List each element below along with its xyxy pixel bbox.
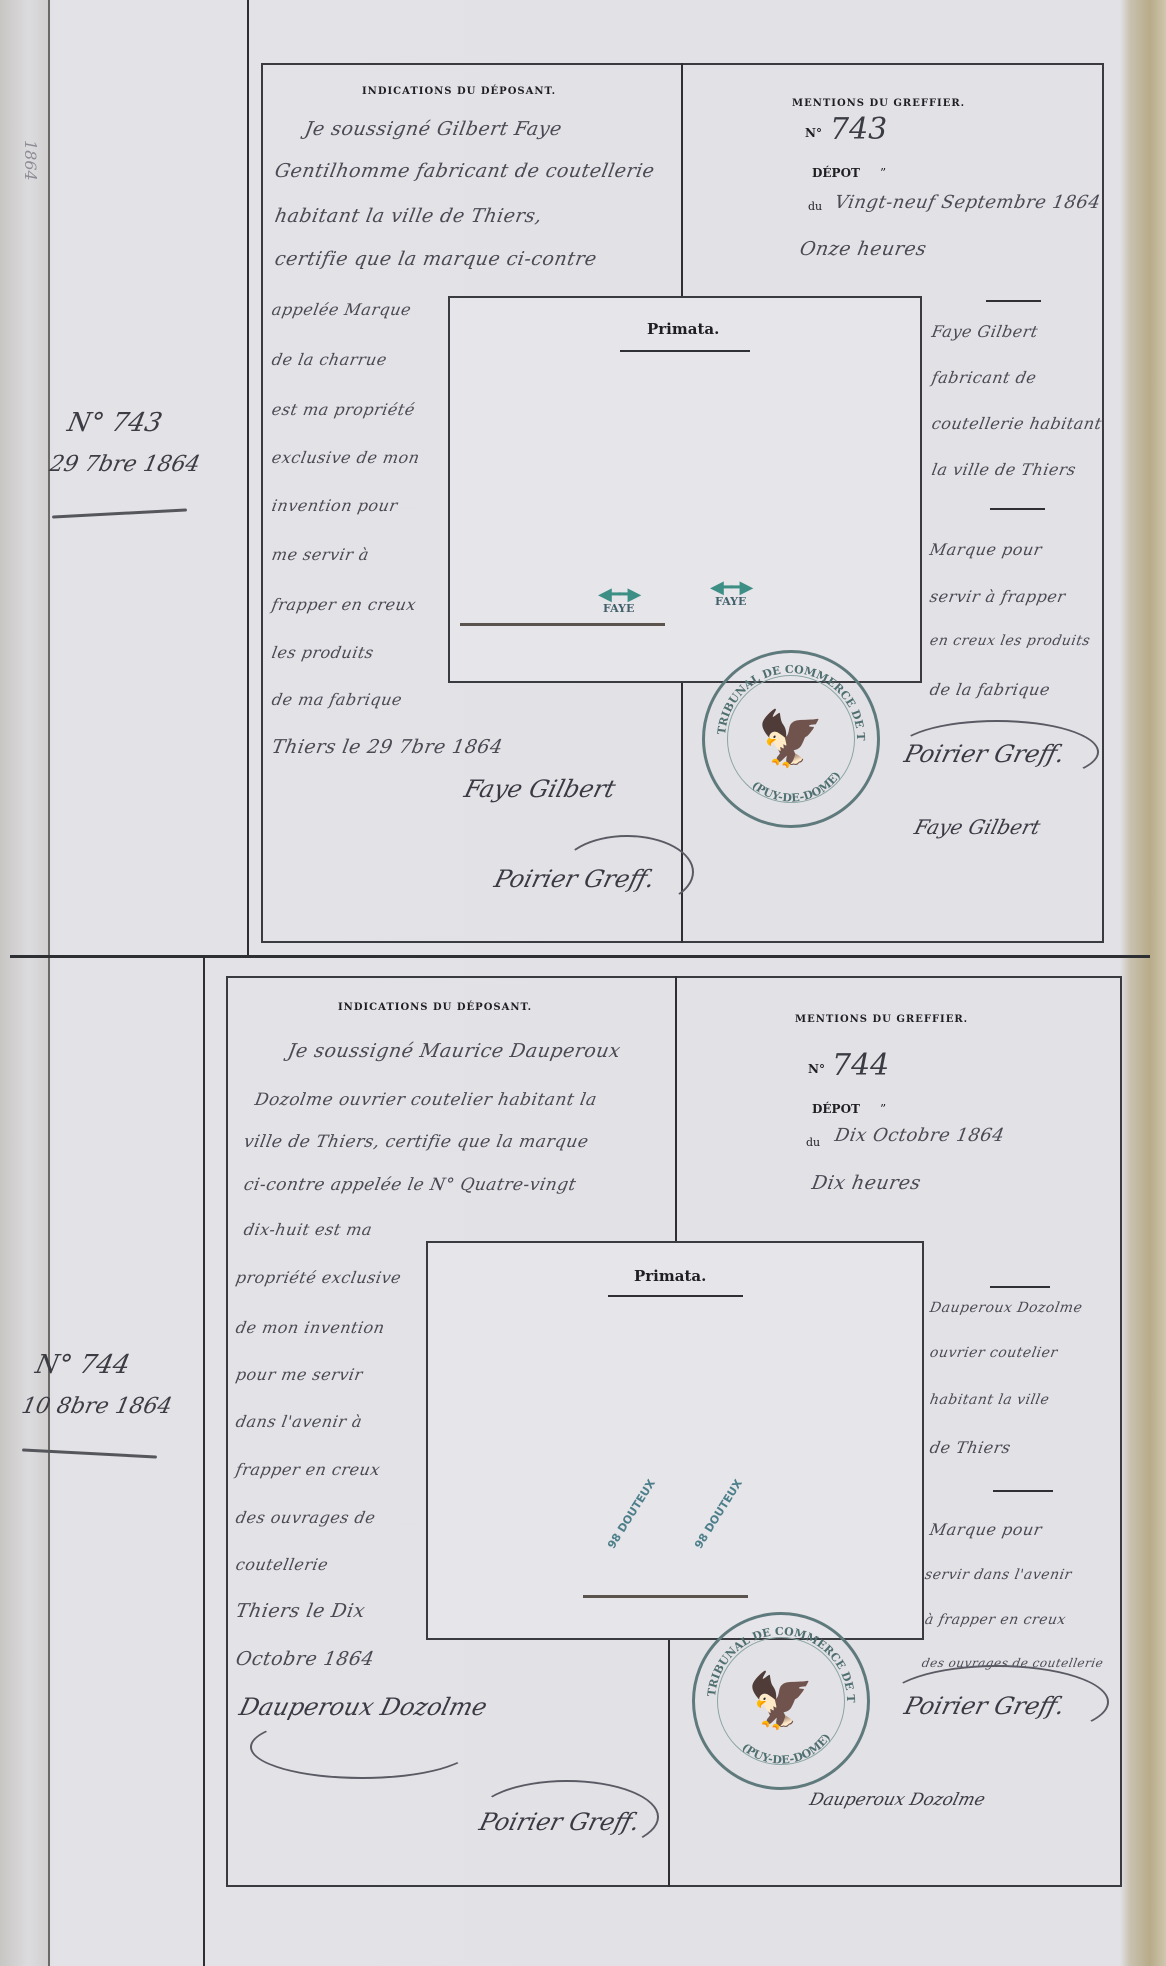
column-divider-lower [681, 683, 683, 943]
clerk-rule-2 [993, 1490, 1053, 1492]
svg-text:(PUY-DE-DOME): (PUY-DE-DOME) [739, 1731, 833, 1767]
column-divider-lower [668, 1640, 670, 1887]
column-divider-upper [681, 63, 683, 296]
facing-page-bleed-text: 1864 [21, 140, 40, 181]
margin-rule-bottom [203, 955, 205, 1966]
mark-imprint-1: 98 DOUTEUX [605, 1477, 658, 1551]
register-page: 1864 N° 743 29 7bre 1864 INDICATIONS DU … [0, 0, 1166, 1966]
margin-rule-top [247, 0, 249, 955]
depositor-header: INDICATIONS DU DÉPOSANT. [338, 1002, 532, 1013]
signature-flourish-right [895, 720, 1099, 784]
charrue-mark-icon: ◀━━▶ [710, 581, 751, 595]
depositor-countersignature: Dauperoux Dozolme [808, 1790, 988, 1810]
imperial-eagle-icon: 🦅 [757, 707, 824, 771]
primata-title: Primata. [647, 320, 719, 338]
mark-imprint-1: ◀━━▶ FAYE [598, 588, 639, 615]
signature-flourish [250, 1715, 474, 1779]
margin-entry-date: 10 8bre 1864 [19, 1394, 174, 1419]
clerk-number-label: N° [805, 126, 822, 140]
svg-text:(PUY-DE-DOME): (PUY-DE-DOME) [749, 769, 843, 805]
clerk-number-label: N° [808, 1062, 825, 1076]
signature-flourish [475, 1780, 659, 1854]
facing-page-edge [0, 0, 50, 1966]
charrue-mark-icon: ◀━━▶ [598, 588, 639, 602]
clerk-number: 743 [830, 112, 887, 147]
tribunal-seal: TRIBUNAL DE COMMERCE DE THIERS (PUY-DE-D… [692, 1612, 870, 1790]
imperial-eagle-icon: 🦅 [747, 1669, 814, 1733]
primata-box: Primata. 98 DOUTEUX 98 DOUTEUX [426, 1241, 924, 1640]
primata-title: Primata. [634, 1267, 706, 1285]
depositor-signature: Faye Gilbert [462, 775, 619, 803]
signature-flourish-right [885, 1665, 1109, 1739]
clerk-header: MENTIONS DU GREFFIER. [792, 98, 965, 109]
depot-label: DÉPOT [812, 166, 860, 180]
depositor-countersignature: Faye Gilbert [912, 815, 1043, 839]
clerk-rule-1 [986, 300, 1041, 302]
depot-mark: ” [880, 1102, 886, 1116]
margin-entry-number: N° 743 [65, 408, 165, 438]
deposit-date: Dix Octobre 1864 [833, 1125, 1006, 1146]
primata-base-rule [460, 623, 665, 626]
depositor-header: INDICATIONS DU DÉPOSANT. [362, 86, 556, 97]
clerk-rule-2 [990, 508, 1045, 510]
clerk-header: MENTIONS DU GREFFIER. [795, 1014, 968, 1025]
deposit-time: Onze heures [798, 238, 928, 260]
signature-flourish [560, 835, 694, 909]
primata-box: Primata. ◀━━▶ FAYE ◀━━▶ FAYE [448, 296, 922, 683]
depot-mark: ” [880, 166, 886, 180]
clerk-number: 744 [832, 1048, 889, 1083]
mark-imprint-2: 98 DOUTEUX [692, 1477, 745, 1551]
entry-separator [10, 955, 1150, 958]
margin-underline [52, 508, 187, 518]
primata-title-rule [620, 350, 750, 352]
mark-imprint-2: ◀━━▶ FAYE [710, 581, 751, 608]
primata-title-rule [608, 1295, 743, 1297]
depot-label: DÉPOT [812, 1102, 860, 1116]
date-prefix: du [808, 200, 822, 213]
margin-entry-number: N° 744 [33, 1350, 133, 1380]
margin-entry-date: 29 7bre 1864 [47, 452, 202, 477]
clerk-rule-1 [990, 1286, 1050, 1288]
tribunal-seal: TRIBUNAL DE COMMERCE DE THIERS (PUY-DE-D… [702, 650, 880, 828]
deposit-date: Vingt-neuf Septembre 1864 [833, 192, 1102, 213]
column-divider-upper [675, 976, 677, 1241]
primata-base-rule [583, 1595, 748, 1598]
deposit-time: Dix heures [810, 1172, 923, 1194]
date-prefix: du [806, 1136, 820, 1149]
